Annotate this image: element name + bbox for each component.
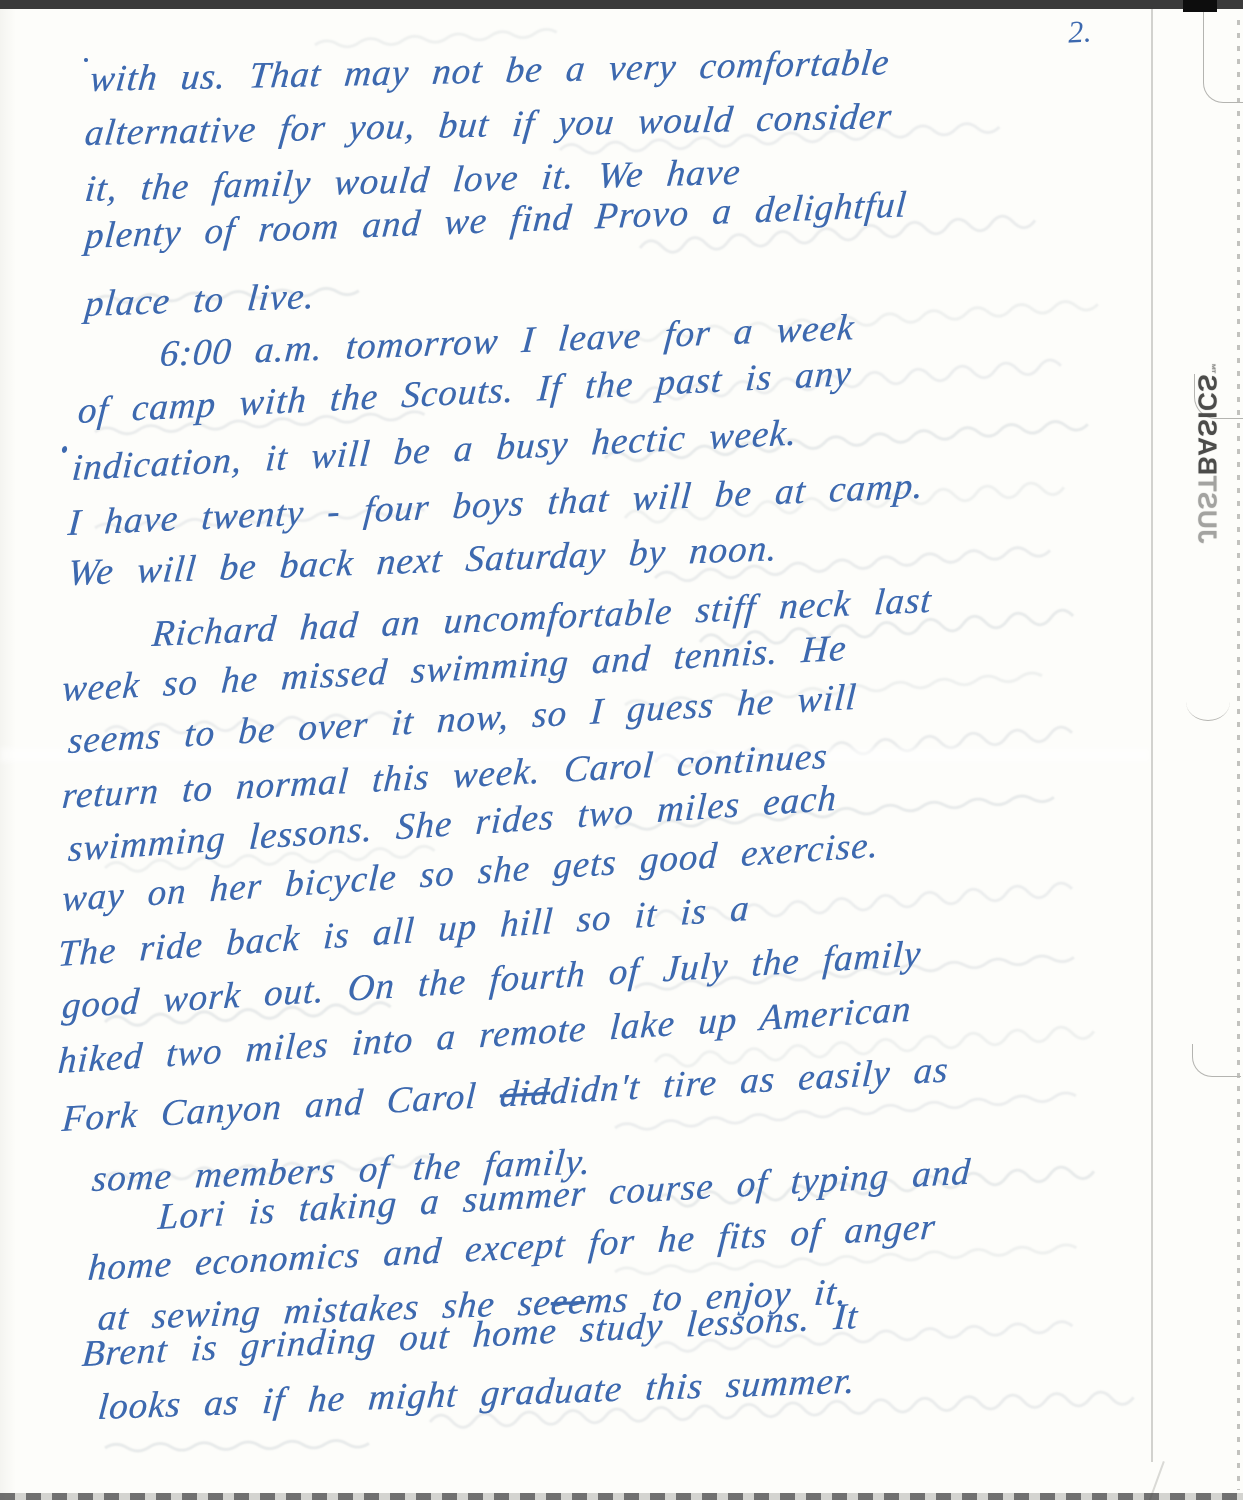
brand-basics: BASICS — [1193, 374, 1223, 475]
letter-text: with us. That may not be a very comforta… — [88, 42, 892, 100]
scan-bottom-edge — [0, 1493, 1243, 1500]
scan-top-edge-dark-block — [1183, 0, 1217, 12]
justbasics-watermark-text: JUSTBASICS™ — [1192, 362, 1223, 543]
letter-text: place to live. — [83, 276, 317, 325]
letter-line: place to live. — [83, 275, 317, 326]
letter-line: alternative for you, but if you would co… — [83, 95, 894, 155]
letter-line: looks as if he might graduate this summe… — [96, 1359, 857, 1429]
letter-text: Fork Canyon and Carol — [61, 1074, 502, 1140]
scan-top-edge — [0, 0, 1243, 9]
trademark-symbol: ™ — [1205, 362, 1217, 374]
letter-line: with us. That may not be a very comforta… — [88, 41, 892, 101]
struck-text: did — [498, 1072, 551, 1116]
edge-tick-marks — [1237, 20, 1240, 1490]
brand-just: JUST — [1193, 475, 1223, 543]
ink-speck — [84, 58, 88, 62]
justbasics-watermark: JUSTBASICS™ — [1186, 368, 1228, 538]
letter-text: alternative for you, but if you would co… — [83, 96, 894, 154]
letter-text: looks as if he might graduate this summe… — [96, 1360, 857, 1428]
letter-text: didn't tire as easily as — [549, 1049, 950, 1112]
paper-right-edge — [1151, 0, 1153, 1462]
letter-body: with us. That may not be a very comforta… — [0, 0, 1243, 1500]
scanned-letter-page: 2. with us. That may not be a very comfo… — [0, 0, 1243, 1500]
binder-tab-notch — [1192, 1044, 1241, 1077]
